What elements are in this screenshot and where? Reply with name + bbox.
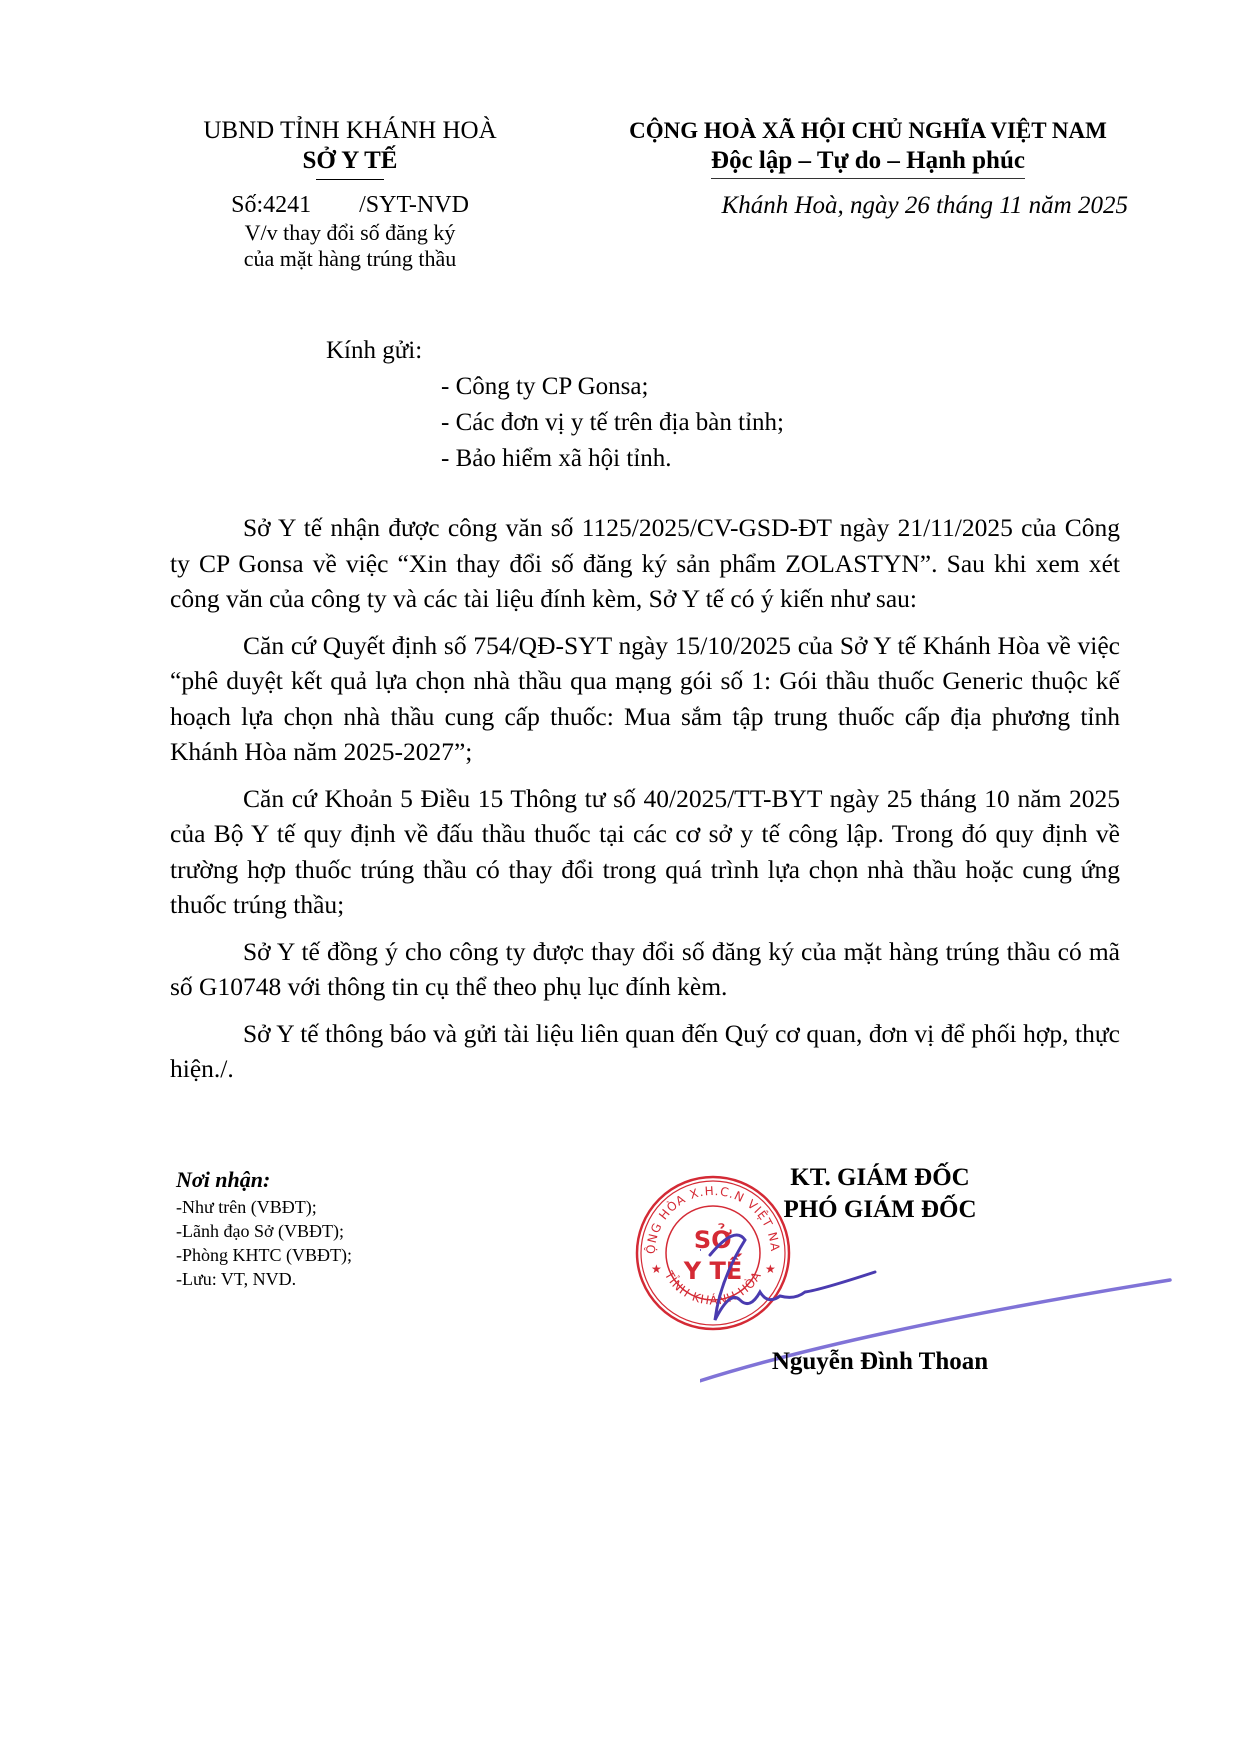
- department-underline: [316, 179, 384, 180]
- distribution-list: Nơi nhận: -Như trên (VBĐT); -Lãnh đạo Sở…: [176, 1165, 352, 1291]
- signature-block: KT. GIÁM ĐỐC PHÓ GIÁM ĐỐC Nguyễn Đình Th…: [740, 1162, 1020, 1378]
- issue-date: Khánh Hoà, ngày 26 tháng 11 năm 2025: [588, 191, 1148, 221]
- letter-body: Sở Y tế nhận được công văn số 1125/2025/…: [170, 510, 1120, 1098]
- distribution-item: -Phòng KHTC (VBĐT);: [176, 1243, 352, 1267]
- national-motto: Độc lập – Tự do – Hạnh phúc: [711, 146, 1025, 179]
- document-number: Số:4241/SYT-NVD: [150, 190, 550, 220]
- distribution-item: -Lưu: VT, NVD.: [176, 1267, 352, 1291]
- distribution-title: Nơi nhận:: [176, 1165, 352, 1195]
- recipients-label: Kính gửi:: [326, 333, 784, 369]
- issuing-authority: UBND TỈNH KHÁNH HOÀ: [150, 116, 550, 146]
- recipient-item: - Bảo hiểm xã hội tỉnh.: [441, 441, 784, 477]
- issuer-block: UBND TỈNH KHÁNH HOÀ SỞ Y TẾ Số:4241/SYT-…: [150, 116, 550, 272]
- recipients-block: Kính gửi: - Công ty CP Gonsa; - Các đơn …: [326, 333, 784, 477]
- subject-line-2: của mặt hàng trúng thầu: [150, 246, 550, 272]
- body-paragraph: Căn cứ Khoản 5 Điều 15 Thông tư số 40/20…: [170, 781, 1120, 923]
- distribution-item: -Lãnh đạo Sở (VBĐT);: [176, 1219, 352, 1243]
- number-value: 4241: [263, 192, 311, 218]
- body-paragraph: Sở Y tế thông báo và gửi tài liệu liên q…: [170, 1016, 1120, 1087]
- recipient-item: - Các đơn vị y tế trên địa bàn tỉnh;: [441, 405, 784, 441]
- department-name: SỞ Y TẾ: [150, 146, 550, 176]
- body-paragraph: Sở Y tế đồng ý cho công ty được thay đổi…: [170, 934, 1120, 1005]
- body-paragraph: Căn cứ Quyết định số 754/QĐ-SYT ngày 15/…: [170, 628, 1120, 770]
- signer-name: Nguyễn Đình Thoan: [740, 1346, 1020, 1378]
- subject-line-1: V/v thay đổi số đăng ký: [150, 220, 550, 246]
- body-paragraph: Sở Y tế nhận được công văn số 1125/2025/…: [170, 510, 1120, 617]
- signer-role-primary: KT. GIÁM ĐỐC: [740, 1162, 1020, 1194]
- recipient-item: - Công ty CP Gonsa;: [441, 369, 784, 405]
- svg-text:★: ★: [651, 1262, 662, 1276]
- distribution-item: -Như trên (VBĐT);: [176, 1195, 352, 1219]
- country-name: CỘNG HOÀ XÃ HỘI CHỦ NGHĨA VIỆT NAM: [588, 116, 1148, 146]
- national-header: CỘNG HOÀ XÃ HỘI CHỦ NGHĨA VIỆT NAM Độc l…: [588, 116, 1148, 221]
- signer-role-secondary: PHÓ GIÁM ĐỐC: [740, 1194, 1020, 1226]
